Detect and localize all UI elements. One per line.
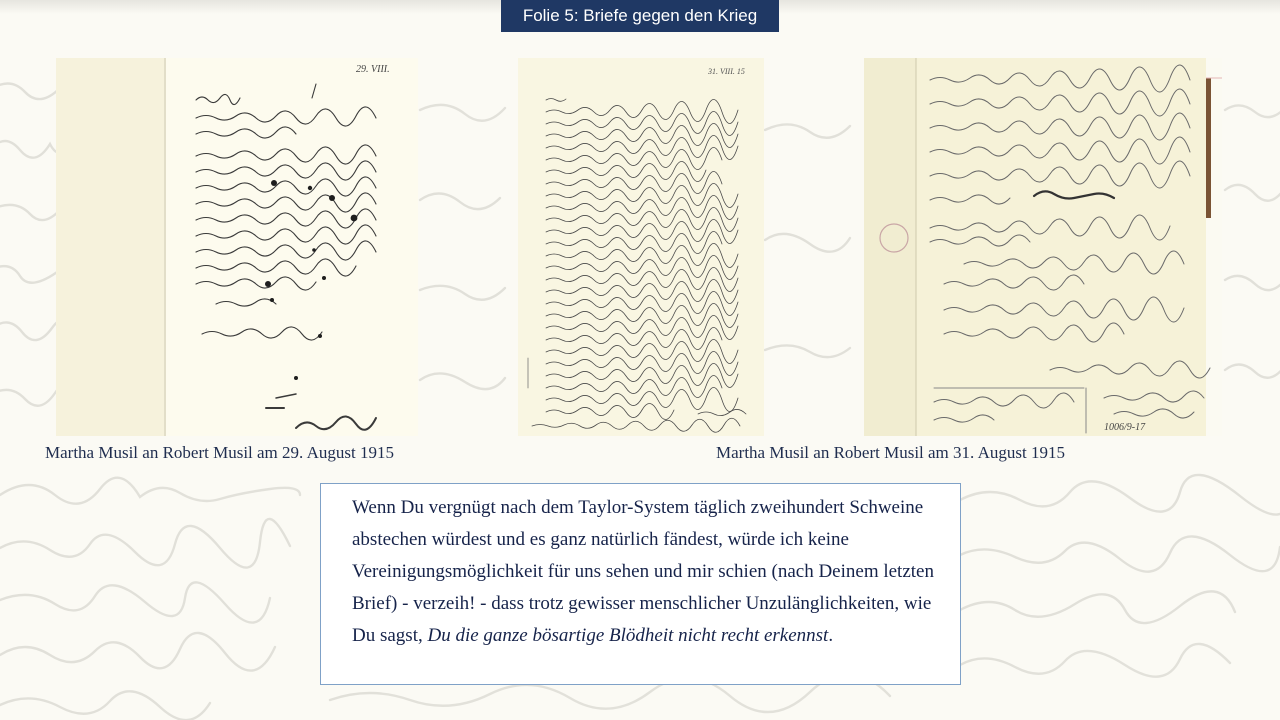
- svg-text:29. VIII.: 29. VIII.: [356, 64, 390, 75]
- quote-italic-text: Du die ganze bösartige Blödheit nicht re…: [427, 625, 828, 646]
- caption-letter-29-august: Martha Musil an Robert Musil am 29. Augu…: [45, 443, 394, 463]
- quote-text: Wenn Du vergnügt nach dem Taylor-System …: [352, 497, 934, 646]
- caption-letter-31-august: Martha Musil an Robert Musil am 31. Augu…: [716, 443, 1065, 463]
- quote-end: .: [828, 625, 833, 646]
- letter-image-31-august-page-1: 31. VIII. 15: [518, 58, 764, 436]
- slide: Folie 5: Briefe gegen den Krieg 29. VIII…: [0, 0, 1280, 720]
- letter-image-29-august: 29. VIII.: [56, 58, 418, 436]
- svg-text:31. VIII. 15: 31. VIII. 15: [707, 67, 745, 76]
- quote-box: Wenn Du vergnügt nach dem Taylor-System …: [320, 483, 961, 685]
- svg-text:1006/9-17: 1006/9-17: [1104, 422, 1146, 433]
- slide-title: Folie 5: Briefe gegen den Krieg: [501, 0, 779, 32]
- letter-image-31-august-page-2: 1006/9-17: [864, 58, 1222, 436]
